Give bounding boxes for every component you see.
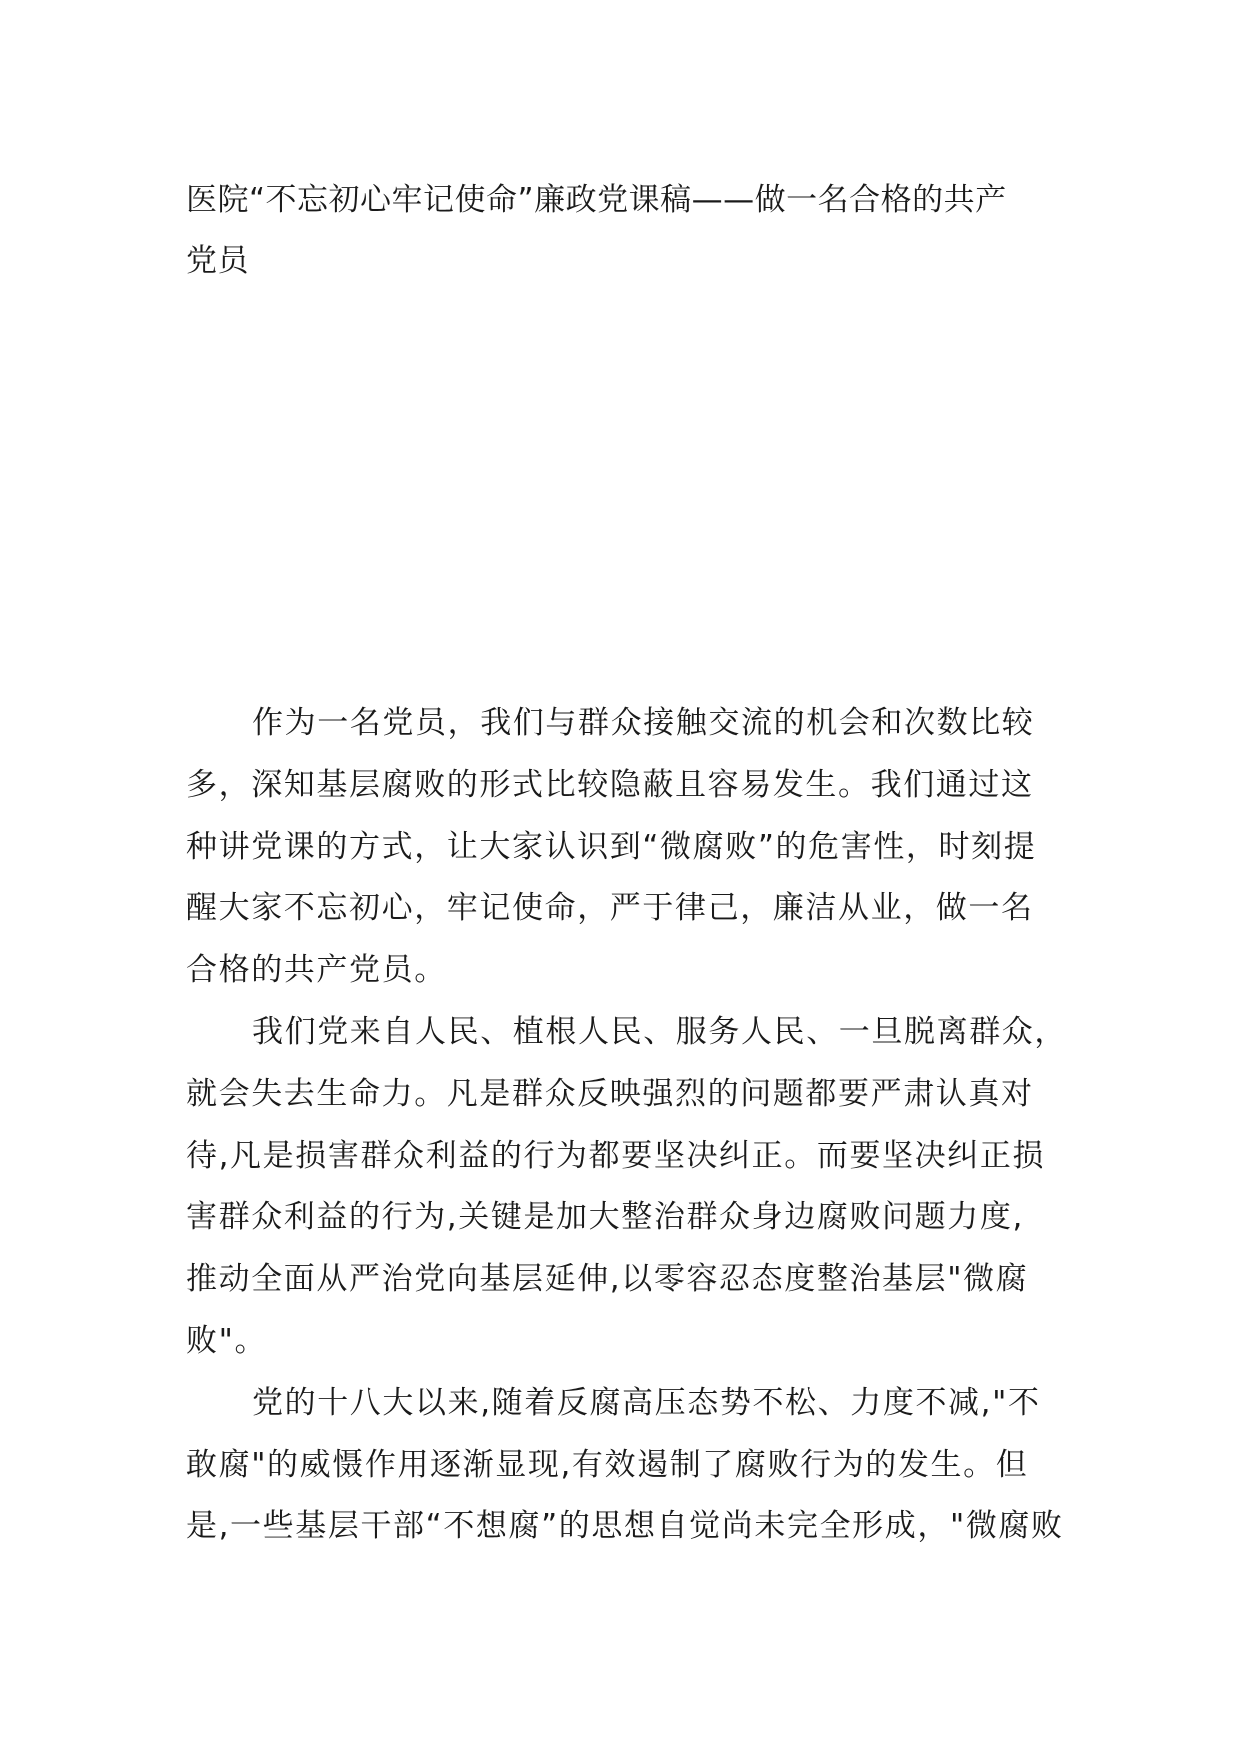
paragraph: 我们党来自人民、植根人民、服务人民、一旦脱离群众， 就会失去生命力。凡是群众反映… bbox=[186, 1002, 1066, 1373]
document-page: 医院“不忘初心牢记使命”廉政党课稿——做一名合格的共产 党员 作为一名党员，我们… bbox=[0, 0, 1241, 1755]
paragraph-line: 种讲党课的方式，让大家认识到“微腐败”的危害性，时刻提 bbox=[186, 817, 1066, 879]
paragraph-line: 醒大家不忘初心，牢记使命，严于律己，廉洁从业，做一名 bbox=[186, 878, 1066, 940]
document-body: 作为一名党员，我们与群众接触交流的机会和次数比较 多，深知基层腐败的形式比较隐蔽… bbox=[186, 693, 1066, 1558]
document-title: 医院“不忘初心牢记使命”廉政党课稿——做一名合格的共产 党员 bbox=[186, 170, 1066, 292]
paragraph: 作为一名党员，我们与群众接触交流的机会和次数比较 多，深知基层腐败的形式比较隐蔽… bbox=[186, 693, 1066, 1002]
paragraph-line: 害群众利益的行为,关键是加大整治群众身边腐败问题力度, bbox=[186, 1187, 1066, 1249]
paragraph-line: 败"。 bbox=[186, 1311, 1066, 1373]
paragraph-line: 是,一些基层干部“不想腐”的思想自觉尚未完全形成，"微腐败 bbox=[186, 1496, 1066, 1558]
paragraph-line: 我们党来自人民、植根人民、服务人民、一旦脱离群众， bbox=[186, 1002, 1066, 1064]
paragraph-line: 党的十八大以来,随着反腐高压态势不松、力度不减,"不 bbox=[186, 1373, 1066, 1435]
paragraph: 党的十八大以来,随着反腐高压态势不松、力度不减,"不 敢腐"的威慑作用逐渐显现,… bbox=[186, 1373, 1066, 1558]
paragraph-line: 多，深知基层腐败的形式比较隐蔽且容易发生。我们通过这 bbox=[186, 755, 1066, 817]
paragraph-line: 敢腐"的威慑作用逐渐显现,有效遏制了腐败行为的发生。但 bbox=[186, 1435, 1066, 1497]
paragraph-line: 推动全面从严治党向基层延伸,以零容忍态度整治基层"微腐 bbox=[186, 1249, 1066, 1311]
paragraph-line: 待,凡是损害群众利益的行为都要坚决纠正。而要坚决纠正损 bbox=[186, 1126, 1066, 1188]
paragraph-line: 作为一名党员，我们与群众接触交流的机会和次数比较 bbox=[186, 693, 1066, 755]
paragraph-line: 合格的共产党员。 bbox=[186, 940, 1066, 1002]
title-line: 党员 bbox=[186, 231, 1066, 292]
title-line: 医院“不忘初心牢记使命”廉政党课稿——做一名合格的共产 bbox=[186, 170, 1066, 231]
paragraph-line: 就会失去生命力。凡是群众反映强烈的问题都要严肃认真对 bbox=[186, 1064, 1066, 1126]
